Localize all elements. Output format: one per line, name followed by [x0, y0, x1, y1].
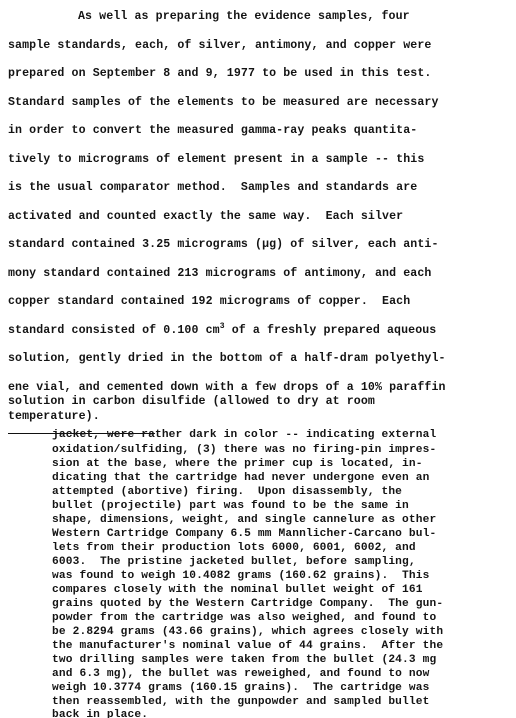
footnote-line-13: grains quoted by the Western Cartridge C… [52, 598, 443, 610]
footnote-line-8: Western Cartridge Company 6.5 mm Mannlic… [52, 528, 436, 540]
footnote-line-3: sion at the base, where the primer cup i… [52, 458, 423, 470]
body-line-4: Standard samples of the elements to be m… [8, 96, 439, 109]
footnote-line-21: back in place. [52, 709, 148, 718]
footnote-line-12: compares closely with the nominal bullet… [52, 584, 423, 596]
footnote-line-10: 6003. The pristine jacketed bullet, befo… [52, 556, 416, 568]
footnote-line-20: then reassembled, with the gunpowder and… [52, 696, 430, 708]
footnote-line-7: shape, dimensions, weight, and single ca… [52, 514, 436, 526]
footnote-line-1: jacket, were rather dark in color -- ind… [52, 429, 436, 441]
body-line-15: solution in carbon disulfide (allowed to… [8, 395, 375, 408]
body-line-2: sample standards, each, of silver, antim… [8, 39, 431, 52]
footnote-line-17: two drilling samples were taken from the… [52, 654, 436, 666]
footnote-line-16: the manufacturer's nominal value of 44 g… [52, 640, 443, 652]
body-line-7: is the usual comparator method. Samples … [8, 181, 417, 194]
footnote-line-11: was found to weigh 10.4082 grams (160.62… [52, 570, 430, 582]
document-page: As well as preparing the evidence sample… [0, 0, 516, 718]
body-line-5: in order to convert the measured gamma-r… [8, 124, 417, 137]
footnote-line-2: oxidation/sulfiding, (3) there was no fi… [52, 444, 436, 456]
footnote-line-4: dicating that the cartridge had never un… [52, 472, 430, 484]
body-line-11: copper standard contained 192 micrograms… [8, 295, 410, 308]
body-line-1: As well as preparing the evidence sample… [78, 10, 410, 23]
body-line-3: prepared on September 8 and 9, 1977 to b… [8, 67, 431, 80]
body-line-12-text: standard consisted of 0.100 cm [8, 324, 220, 337]
body-line-14: ene vial, and cemented down with a few d… [8, 381, 446, 394]
footnote-line-15: be 2.8294 grams (43.66 grains), which ag… [52, 626, 443, 638]
body-line-12-tail: of a freshly prepared aqueous [225, 324, 437, 337]
body-line-9: standard contained 3.25 micrograms (µg) … [8, 238, 439, 251]
body-line-12: standard consisted of 0.100 cm3 of a fre… [8, 324, 436, 337]
footnote-line-19: weigh 10.3774 grams (160.15 grains). The… [52, 682, 430, 694]
footnote-line-9: lets from their production lots 6000, 60… [52, 542, 416, 554]
footnote-line-18: and 6.3 mg), the bullet was reweighed, a… [52, 668, 430, 680]
body-line-8: activated and counted exactly the same w… [8, 210, 403, 223]
body-line-16: temperature). [8, 410, 100, 423]
footnote-line-6: bullet (projectile) part was found to be… [52, 500, 409, 512]
body-line-10: mony standard contained 213 micrograms o… [8, 267, 431, 280]
footnote-line-14: powder from the cartridge was also weigh… [52, 612, 436, 624]
body-line-6: tively to micrograms of element present … [8, 153, 424, 166]
footnote-line-5: attempted (abortive) firing. Upon disass… [52, 486, 402, 498]
body-line-13: solution, gently dried in the bottom of … [8, 352, 446, 365]
